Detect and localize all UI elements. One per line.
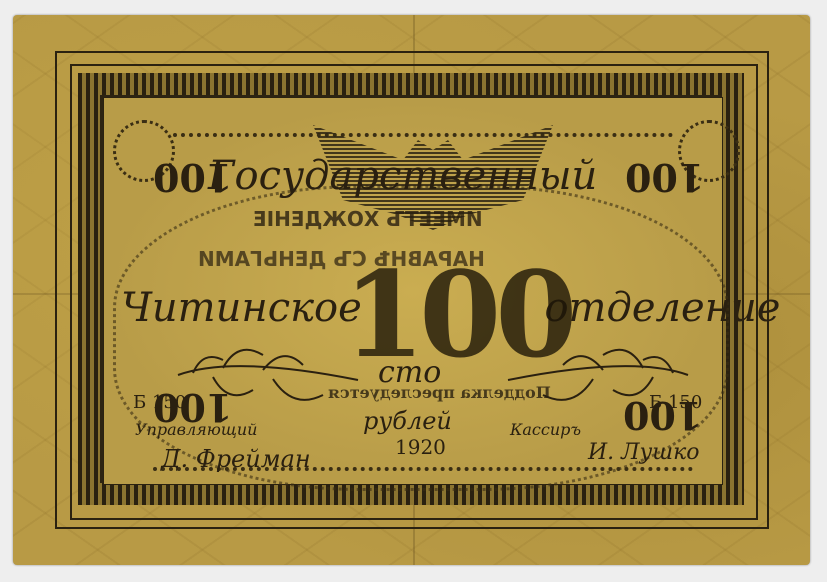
- signature-left: Д. Фрейман: [161, 445, 311, 473]
- series-number-left: Б 150: [133, 392, 186, 413]
- year: 1920: [395, 435, 446, 459]
- title-state: Государственный: [208, 153, 597, 199]
- signature-right-title: Кассиръ: [510, 420, 581, 439]
- currency-word: рублей: [363, 407, 452, 435]
- corner-denomination-top-right: 100: [625, 155, 704, 200]
- mirrored-text-line1: ИМЕЕТЪ ХОЖДЕНІЕ: [253, 207, 483, 231]
- signature-right: И. Лушко: [588, 440, 700, 465]
- series-number-right: Б 150: [649, 392, 702, 413]
- signature-left-title: Управляющий: [135, 420, 257, 439]
- laurel-branch-left-icon: [173, 335, 363, 415]
- mirrored-warning-text: Подделка преследуется: [328, 383, 551, 402]
- banknote: 100 100 100 100 Государственный ИМЕЕТЪ Х…: [13, 15, 810, 565]
